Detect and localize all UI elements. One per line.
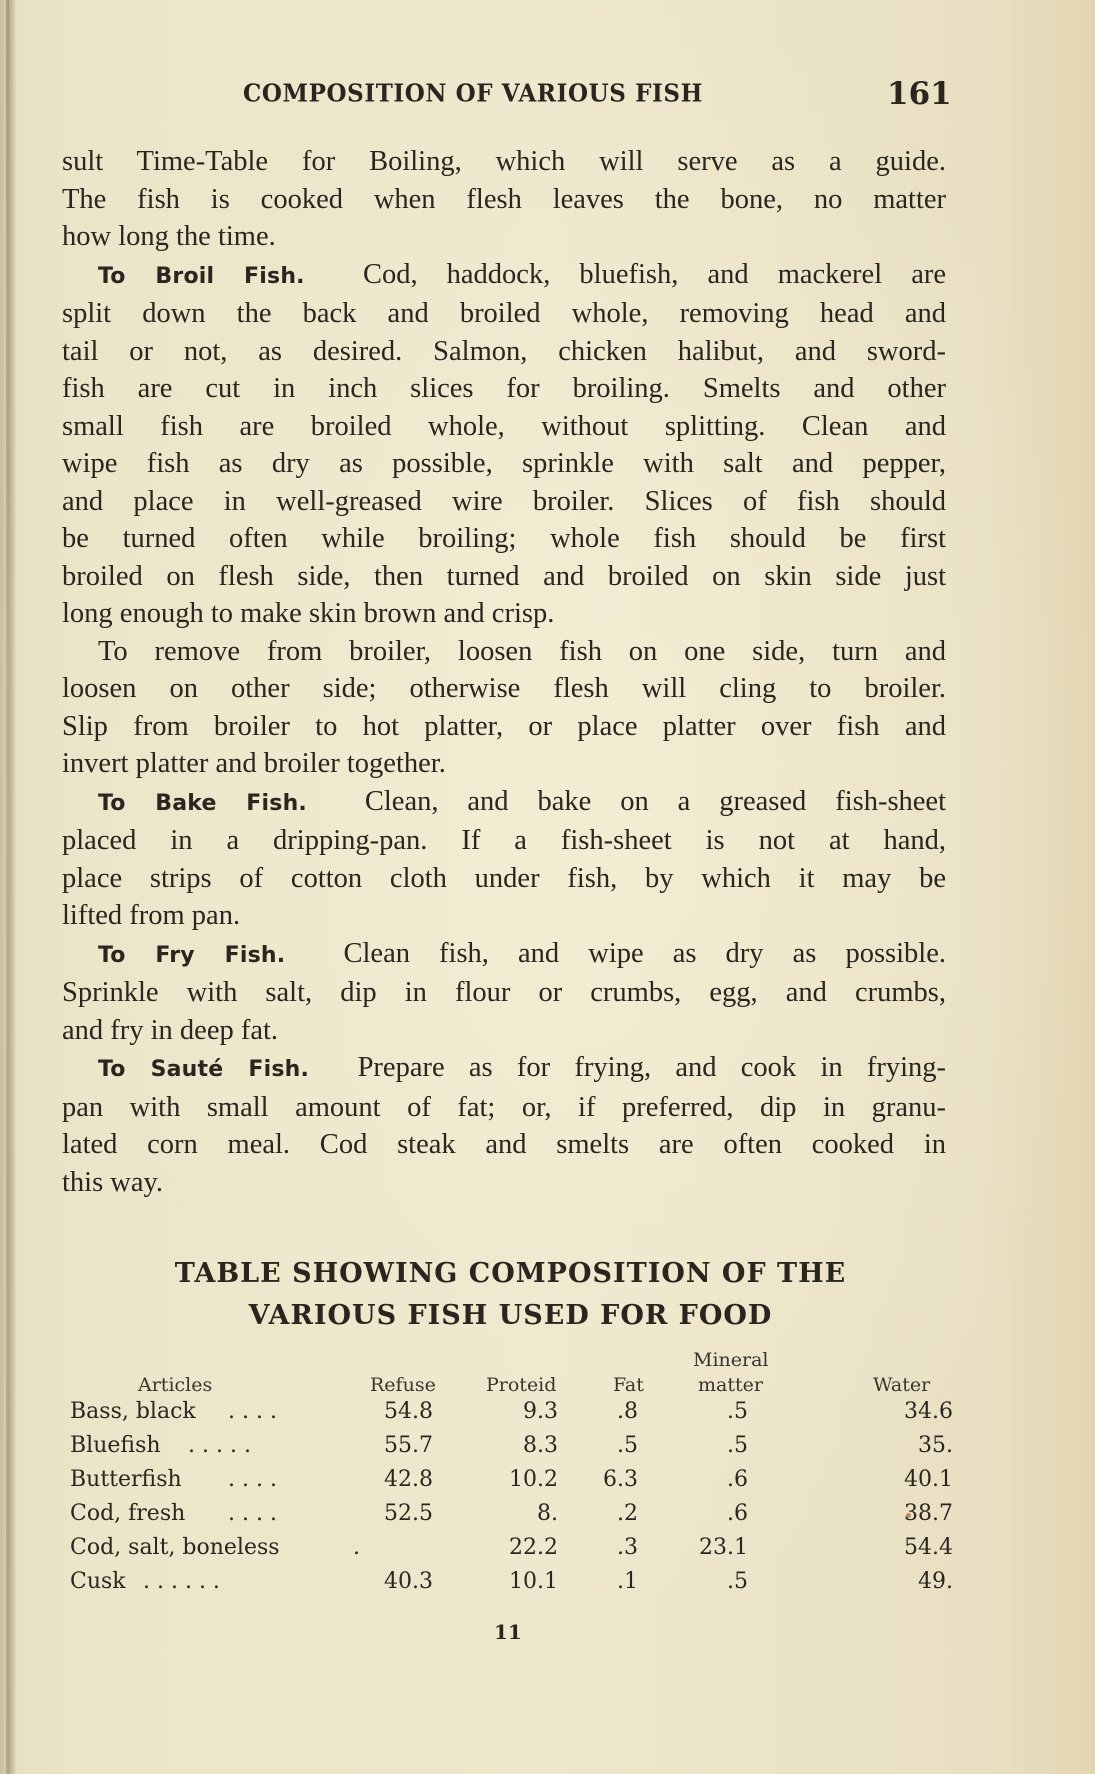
table-row: Cusk . . . . . . 40.3 10.1 .1 .5 49. [68, 1569, 948, 1603]
cell-mineral-matter: .5 [678, 1399, 748, 1424]
table-row: Bluefish . . . . . 55.7 8.3 .5 .5 35. [68, 1433, 948, 1467]
text-line-content: Cod, haddock, bluefish, and mackerel are [363, 259, 946, 290]
cell-article: Butterfish [70, 1467, 182, 1492]
text-line: and place in well-greased wire broiler. … [62, 483, 946, 521]
run-in-heading-broil: To Broil Fish. [98, 264, 305, 289]
text-line: small fish are broiled whole, without sp… [62, 408, 946, 446]
cell-fat: .2 [578, 1501, 638, 1526]
cell-mineral-matter: .6 [678, 1467, 748, 1492]
text-line: long enough to make skin brown and crisp… [62, 595, 946, 633]
text-line: place strips of cotton cloth under fish,… [62, 860, 946, 898]
text-line: tail or not, as desired. Salmon, chicken… [62, 333, 946, 371]
text-line: loosen on other side; otherwise flesh wi… [62, 670, 946, 708]
text-line: this way. [62, 1164, 946, 1202]
cell-refuse: 52.5 [353, 1501, 433, 1526]
binding-shadow [6, 0, 9, 1774]
cell-article: Bass, black [70, 1399, 196, 1424]
cell-refuse: 40.3 [353, 1569, 433, 1594]
table-row: Bass, black . . . . 54.8 9.3 .8 .5 34.6 [68, 1399, 948, 1433]
table-title-line-1: TABLE SHOWING COMPOSITION OF THE [0, 1258, 1058, 1289]
column-header-mineral-line1: Mineral [693, 1349, 769, 1371]
running-head: COMPOSITION OF VARIOUS FISH 161 [0, 76, 1095, 116]
cell-fat: .5 [578, 1433, 638, 1458]
text-line: Slip from broiler to hot platter, or pla… [62, 708, 946, 746]
cell-article: Cusk [70, 1569, 126, 1594]
text-line: broiled on flesh side, then turned and b… [62, 558, 946, 596]
cell-fat: .3 [578, 1535, 638, 1560]
text-line: invert platter and broiler together. [62, 745, 946, 783]
cell-fat: .1 [578, 1569, 638, 1594]
text-line: lated corn meal. Cod steak and smelts ar… [62, 1126, 946, 1164]
cell-proteid: 8.3 [488, 1433, 558, 1458]
text-line: To Fry Fish. Clean fish, and wipe as dry… [62, 935, 946, 975]
run-in-heading-saute: To Sauté Fish. [98, 1057, 309, 1082]
book-page: COMPOSITION OF VARIOUS FISH 161 sult Tim… [0, 0, 1095, 1774]
leader-dots: . . . . . [188, 1433, 251, 1458]
cell-fat: 6.3 [578, 1467, 638, 1492]
column-header-refuse: Refuse [370, 1374, 436, 1396]
text-line: pan with small amount of fat; or, if pre… [62, 1089, 946, 1127]
text-line-content: Clean, and bake on a greased fish-sheet [365, 786, 946, 817]
text-line: placed in a dripping-pan. If a fish-shee… [62, 822, 946, 860]
book-binding-edge [0, 0, 16, 1774]
cell-water: 35. [888, 1433, 953, 1458]
column-header-proteid: Proteid [486, 1374, 556, 1396]
leader-dots: . . . . . . [143, 1569, 220, 1594]
cell-proteid: 10.2 [488, 1467, 558, 1492]
leader-dots: . [353, 1535, 360, 1560]
column-header-water: Water [873, 1374, 930, 1396]
cell-refuse: 42.8 [353, 1467, 433, 1492]
paragraph-broil-fish: To Broil Fish. Cod, haddock, bluefish, a… [62, 256, 946, 633]
text-line: The fish is cooked when flesh leaves the… [62, 181, 946, 219]
column-header-fat: Fat [613, 1374, 644, 1396]
text-line: fish are cut in inch slices for broiling… [62, 370, 946, 408]
cell-article: Cod, salt, boneless [70, 1535, 280, 1560]
cell-refuse: 54.8 [353, 1399, 433, 1424]
body-text: sult Time-Table for Boiling, which will … [62, 143, 946, 1201]
table-title-line-2: VARIOUS FISH USED FOR FOOD [0, 1300, 1058, 1331]
cell-proteid: 22.2 [488, 1535, 558, 1560]
cell-mineral-matter: .5 [678, 1569, 748, 1594]
cell-fat: .8 [578, 1399, 638, 1424]
text-line: To Sauté Fish. Prepare as for frying, an… [62, 1049, 946, 1089]
signature-mark: 11 [494, 1620, 522, 1644]
cell-proteid: 8. [488, 1501, 558, 1526]
column-header-mineral-line2: matter [698, 1374, 763, 1396]
page-number: 161 [887, 76, 952, 112]
running-title: COMPOSITION OF VARIOUS FISH [243, 79, 703, 107]
paragraph-fry-fish: To Fry Fish. Clean fish, and wipe as dry… [62, 935, 946, 1050]
text-line-content: Prepare as for frying, and cook in fryin… [358, 1052, 946, 1083]
text-line: be turned often while broiling; whole fi… [62, 520, 946, 558]
text-line: To Broil Fish. Cod, haddock, bluefish, a… [62, 256, 946, 296]
paragraph-remove-from-broiler: To remove from broiler, loosen fish on o… [62, 633, 946, 783]
cell-water: 38.7 [888, 1501, 953, 1526]
run-in-heading-bake: To Bake Fish. [98, 791, 307, 816]
table-row: Cod, salt, boneless . 22.2 .3 23.1 54.4 [68, 1535, 948, 1569]
cell-mineral-matter: .5 [678, 1433, 748, 1458]
text-line: split down the back and broiled whole, r… [62, 295, 946, 333]
paragraph-boiling-continued: sult Time-Table for Boiling, which will … [62, 143, 946, 256]
cell-proteid: 10.1 [488, 1569, 558, 1594]
table-row: Butterfish . . . . 42.8 10.2 6.3 .6 40.1 [68, 1467, 948, 1501]
text-line: To Bake Fish. Clean, and bake on a greas… [62, 783, 946, 823]
text-line: lifted from pan. [62, 897, 946, 935]
cell-water: 49. [888, 1569, 953, 1594]
cell-mineral-matter: .6 [678, 1501, 748, 1526]
text-line: sult Time-Table for Boiling, which will … [62, 143, 946, 181]
cell-refuse: 55.7 [353, 1433, 433, 1458]
cell-proteid: 9.3 [488, 1399, 558, 1424]
text-line: Sprinkle with salt, dip in flour or crum… [62, 974, 946, 1012]
cell-water: 54.4 [888, 1535, 953, 1560]
cell-article: Bluefish [70, 1433, 161, 1458]
leader-dots: . . . . [228, 1501, 277, 1526]
text-line: wipe fish as dry as possible, sprinkle w… [62, 445, 946, 483]
run-in-heading-fry: To Fry Fish. [98, 943, 285, 968]
text-line: and fry in deep fat. [62, 1012, 946, 1050]
cell-water: 34.6 [888, 1399, 953, 1424]
leader-dots: . . . . [228, 1467, 277, 1492]
table-row: Cod, fresh . . . . 52.5 8. .2 .6 38.7 [68, 1501, 948, 1535]
cell-mineral-matter: 23.1 [678, 1535, 748, 1560]
cell-article: Cod, fresh [70, 1501, 185, 1526]
leader-dots: . . . . [228, 1399, 277, 1424]
cell-water: 40.1 [888, 1467, 953, 1492]
paragraph-saute-fish: To Sauté Fish. Prepare as for frying, an… [62, 1049, 946, 1201]
column-header-articles: Articles [138, 1374, 212, 1396]
text-line-content: Clean fish, and wipe as dry as possible. [344, 938, 947, 969]
paragraph-bake-fish: To Bake Fish. Clean, and bake on a greas… [62, 783, 946, 935]
text-line: how long the time. [62, 218, 946, 256]
paper-stain-mark [906, 1513, 911, 1518]
text-line: To remove from broiler, loosen fish on o… [62, 633, 946, 671]
